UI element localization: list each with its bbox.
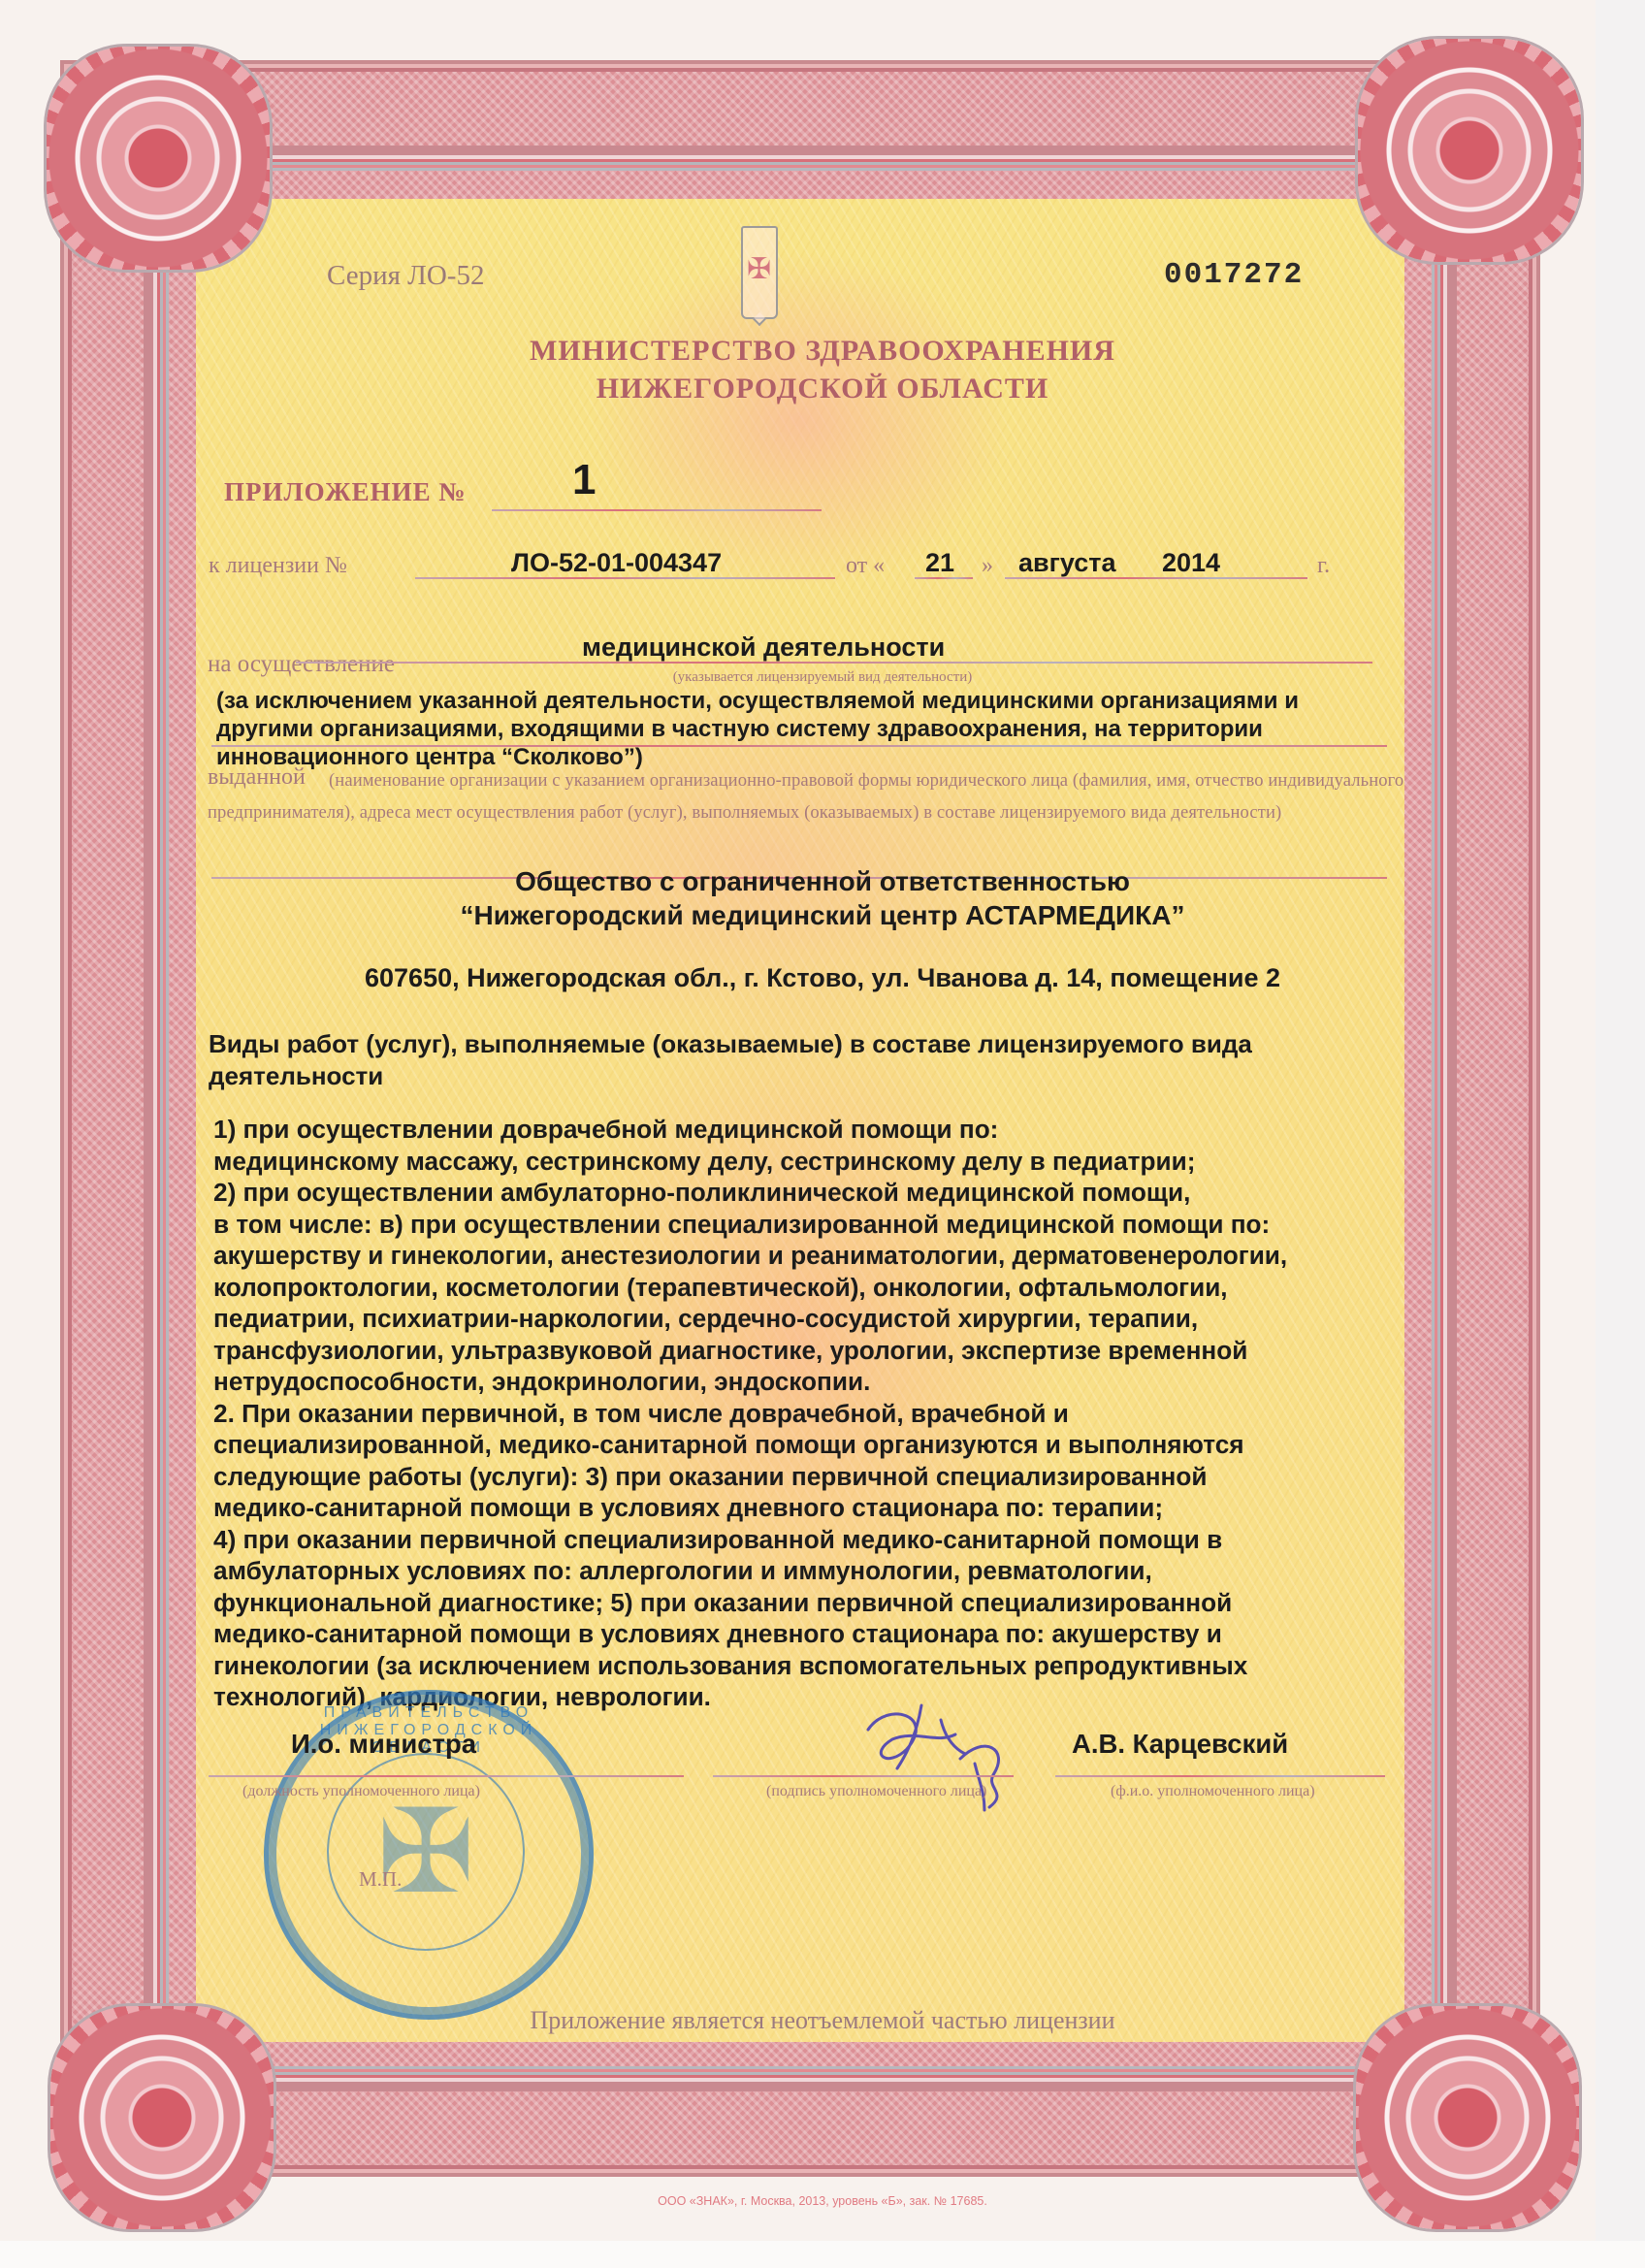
works-line: акушерству и гинекологии, анестезиологии… (213, 1240, 1406, 1272)
activity-hint: (указывается лицензируемый вид деятельно… (0, 669, 1645, 686)
works-line: медицинскому массажу, сестринскому делу,… (213, 1146, 1406, 1178)
works-line: колопроктологии, косметологии (терапевти… (213, 1272, 1406, 1304)
series-label: Серия ЛО-52 (327, 260, 484, 292)
license-day: 21 (925, 548, 954, 578)
activity-value: медицинской деятельности (582, 632, 945, 663)
works-line: 2) при осуществлении амбулаторно-поликли… (213, 1177, 1406, 1209)
eagle-icon: ✠ (747, 241, 768, 299)
organization-legal-form: Общество с ограниченной ответственностью (0, 866, 1645, 897)
works-line: функциональной диагностике; 5) при оказа… (213, 1587, 1406, 1619)
position-underline (209, 1775, 684, 1777)
name-underline (1055, 1775, 1385, 1777)
works-line: гинекологии (за исключением использовани… (213, 1650, 1406, 1682)
activity-underline (296, 662, 1372, 664)
signature-hint: (подпись уполномоченного лица) (766, 1783, 986, 1800)
seal-mark-label: М.П. (359, 1867, 402, 1892)
organization-name: “Нижегородский медицинский центр АСТАРМЕ… (0, 900, 1645, 931)
ministry-title-line2: НИЖЕГОРОДСКОЙ ОБЛАСТИ (0, 373, 1645, 405)
form-number: 0017272 (1164, 258, 1304, 292)
corner-rosette-icon (1358, 39, 1581, 262)
license-date-from-label: от « (846, 553, 885, 579)
license-month: августа (1018, 548, 1115, 578)
works-line: амбулаторных условиях по: аллергологии и… (213, 1555, 1406, 1587)
corner-rosette-icon (47, 47, 270, 270)
works-line: специализированной, медико-санитарной по… (213, 1429, 1406, 1461)
signatory-position: И.о. министра (291, 1729, 476, 1760)
position-hint: (должность уполномоченного лица) (242, 1783, 480, 1800)
footer-note: Приложение является неотъемлемой частью … (0, 2006, 1645, 2035)
works-list: 1) при осуществлении доврачебной медицин… (213, 1114, 1406, 1713)
license-number: ЛО-52-01-004347 (511, 548, 722, 578)
issued-hint: (наименование организации с указанием ор… (208, 764, 1410, 828)
printer-imprint: ООО «ЗНАК», г. Москва, 2013, уровень «Б»… (0, 2194, 1645, 2208)
license-label: к лицензии № (209, 553, 347, 579)
organization-address: 607650, Нижегородская обл., г. Кстово, у… (0, 963, 1645, 993)
works-line: 1) при осуществлении доврачебной медицин… (213, 1114, 1406, 1146)
scan-margin (1596, 0, 1645, 2268)
activity-exclusion-underline (211, 745, 1387, 747)
appendix-number: 1 (572, 456, 596, 504)
works-line: 2. При оказании первичной, в том числе д… (213, 1398, 1406, 1430)
license-year: 2014 (1162, 548, 1220, 578)
signature-underline (713, 1775, 1014, 1777)
works-line: медико-санитарной помощи в условиях днев… (213, 1492, 1406, 1524)
works-line: в том числе: в) при осуществлении специа… (213, 1209, 1406, 1241)
name-hint: (ф.и.о. уполномоченного лица) (1111, 1783, 1315, 1800)
scan-margin-bottom (0, 2241, 1645, 2268)
license-appendix-page: Серия ЛО-52 ✠ 0017272 МИНИСТЕРСТВО ЗДРАВ… (0, 0, 1596, 2241)
activity-exclusion: (за исключением указанной деятельности, … (216, 687, 1332, 771)
works-line: нетрудоспособности, эндокринологии, эндо… (213, 1366, 1406, 1398)
license-year-suffix: г. (1317, 553, 1330, 579)
works-title: Виды работ (услуг), выполняемые (оказыва… (209, 1028, 1372, 1092)
license-month-year-underline (1005, 577, 1307, 579)
works-line: следующие работы (услуги): 3) при оказан… (213, 1461, 1406, 1493)
license-close-quote: » (982, 553, 993, 579)
ministry-title-line1: МИНИСТЕРСТВО ЗДРАВООХРАНЕНИЯ (0, 335, 1645, 368)
license-number-underline (415, 577, 835, 579)
works-line: медико-санитарной помощи в условиях днев… (213, 1618, 1406, 1650)
works-line: педиатрии, психиатрии-наркологии, сердеч… (213, 1303, 1406, 1335)
appendix-label: ПРИЛОЖЕНИЕ № (224, 477, 467, 507)
license-day-underline (915, 577, 973, 579)
signatory-name: А.В. Карцевский (1072, 1729, 1288, 1760)
works-line: трансфузиологии, ультразвуковой диагност… (213, 1335, 1406, 1367)
works-line: 4) при оказании первичной специализирова… (213, 1524, 1406, 1556)
appendix-number-underline (492, 509, 822, 511)
